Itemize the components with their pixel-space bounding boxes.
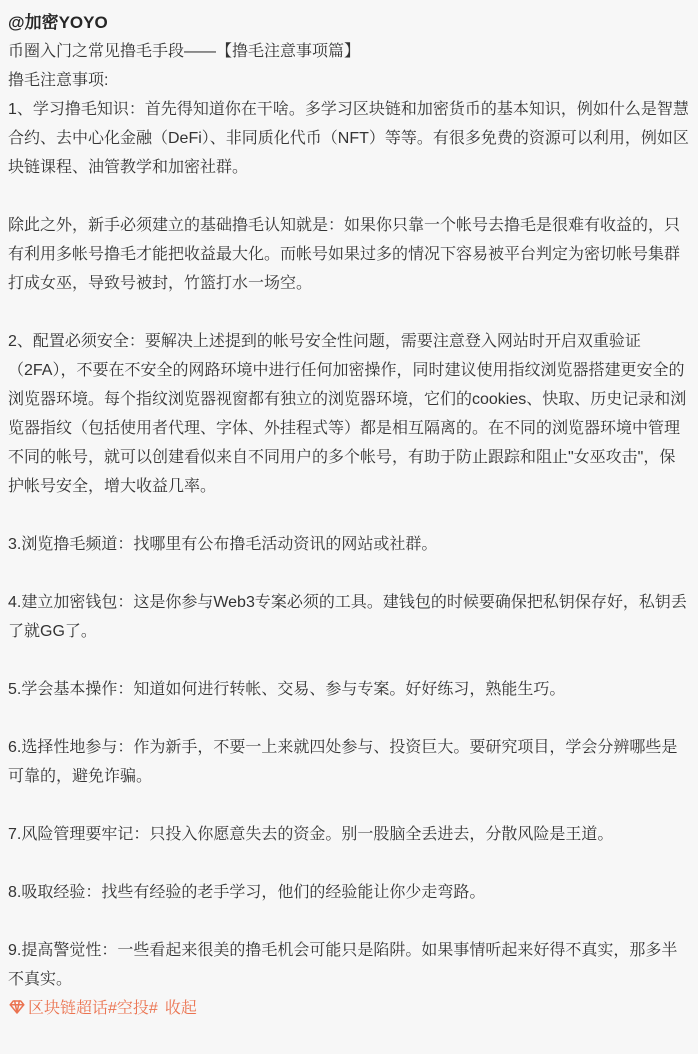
supertopic-label: 区块链超话 xyxy=(28,1000,108,1017)
weibo-post: @加密YOYO 币圈入门之常见撸毛手段——【撸毛注意事项篇】 撸毛注意事项: 1… xyxy=(0,0,698,1023)
paragraph-tip-5: 5.学会基本操作：知道如何进行转帐、交易、参与专案。好好练习，熟能生巧。 xyxy=(8,675,690,704)
collapse-link[interactable]: 收起 xyxy=(165,1000,197,1017)
paragraph-tip-9: 9.提高警觉性：一些看起来很美的撸毛机会可能只是陷阱。如果事情听起来好得不真实，… xyxy=(8,936,690,994)
footer-links: 区块链超话#空投#收起 xyxy=(8,994,690,1023)
paragraph-tip-1-extra: 除此之外，新手必须建立的基础撸毛认知就是：如果你只靠一个帐号去撸毛是很难有收益的… xyxy=(8,211,690,298)
paragraph-tip-6: 6.选择性地参与：作为新手，不要一上来就四处参与、投资巨大。要研究项目，学会分辨… xyxy=(8,733,690,791)
paragraph-tip-3: 3.浏览撸毛频道：找哪里有公布撸毛活动资讯的网站或社群。 xyxy=(8,530,690,559)
paragraph-tip-7: 7.风险管理要牢记：只投入你愿意失去的资金。别一股脑全丢进去，分散风险是王道。 xyxy=(8,820,690,849)
post-title: 币圈入门之常见撸毛手段——【撸毛注意事项篇】 xyxy=(8,37,690,66)
author-handle[interactable]: @加密YOYO xyxy=(8,8,690,37)
gem-icon xyxy=(8,998,26,1016)
paragraph-tip-1: 1、学习撸毛知识：首先得知道你在干啥。多学习区块链和加密货币的基本知识，例如什么… xyxy=(8,95,690,182)
post-subtitle: 撸毛注意事项: xyxy=(8,66,690,95)
paragraph-tip-4: 4.建立加密钱包：这是你参与Web3专案必须的工具。建钱包的时候要确保把私钥保存… xyxy=(8,588,690,646)
paragraph-tip-2: 2、配置必须安全：要解决上述提到的帐号安全性问题，需要注意登入网站时开启双重验证… xyxy=(8,327,690,501)
hashtag-link[interactable]: #空投# xyxy=(108,1000,158,1017)
paragraph-tip-8: 8.吸取经验：找些有经验的老手学习，他们的经验能让你少走弯路。 xyxy=(8,878,690,907)
supertopic-link[interactable]: 区块链超话 xyxy=(8,1000,108,1017)
